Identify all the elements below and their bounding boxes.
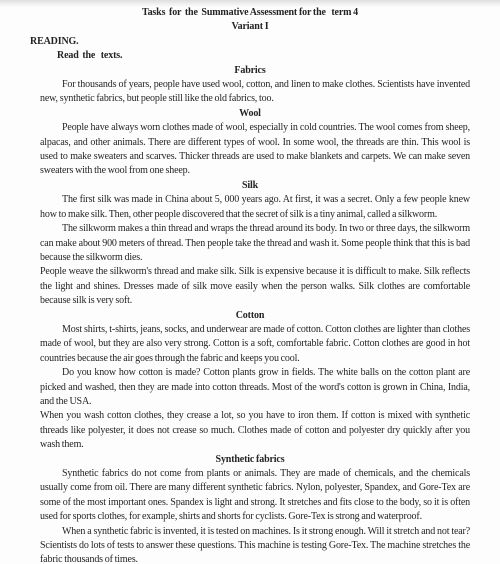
paragraph-synthetic-2: When a synthetic fabric is invented, it … — [40, 525, 470, 564]
reading-section-label: READING. — [30, 35, 470, 49]
paragraph-cotton-1: Most shirts, t-shirts, jeans, socks, and… — [40, 323, 470, 366]
section-heading-silk: Silk — [30, 179, 470, 193]
section-heading-synthetic-fabrics: Synthetic fabrics — [30, 453, 470, 467]
variant-label: Variant I — [30, 20, 470, 34]
document-title: Tasks for the Summative Assessment for t… — [30, 6, 470, 20]
paragraph-cotton-2: Do you know how cotton is made? Cotton p… — [40, 366, 470, 409]
paragraph-fabrics-1: For thousands of years, people have used… — [40, 78, 470, 107]
paragraph-synthetic-1: Synthetic fabrics do not come from plant… — [40, 467, 470, 525]
paragraph-silk-3: People weave the silkworm's thread and m… — [40, 265, 470, 308]
section-heading-fabrics: Fabrics — [30, 64, 470, 78]
section-heading-wool: Wool — [30, 107, 470, 121]
paragraph-silk-1: The first silk was made in China about 5… — [40, 193, 470, 222]
read-texts-instruction: Read the texts. — [57, 49, 470, 63]
section-heading-cotton: Cotton — [30, 309, 470, 323]
paragraph-wool-1: People have always worn clothes made of … — [40, 121, 470, 179]
document-page: Tasks for the Summative Assessment for t… — [0, 0, 500, 564]
paragraph-silk-2: The silkworm makes a thin thread and wra… — [40, 222, 470, 265]
paragraph-cotton-3: When you wash cotton clothes, they creas… — [40, 409, 470, 452]
